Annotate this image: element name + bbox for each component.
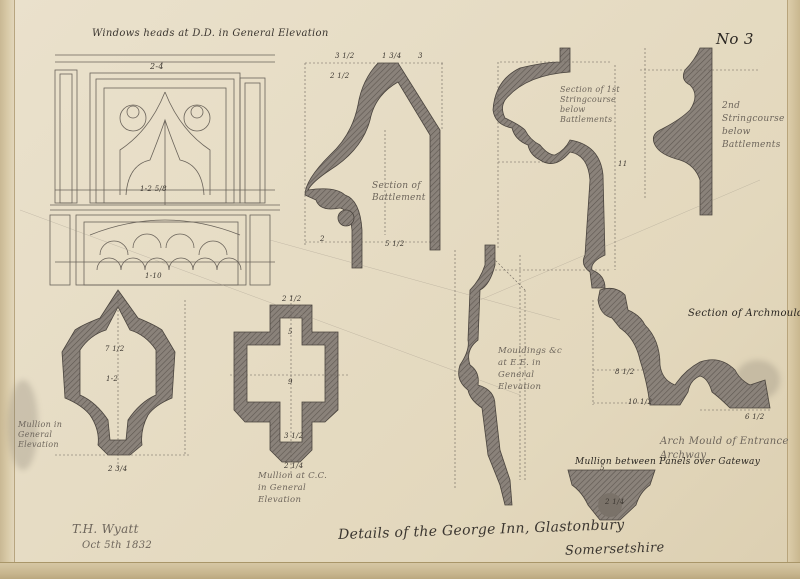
architectural-drawings bbox=[0, 0, 800, 579]
dim-mullion-left-base: 2 3/4 bbox=[108, 465, 127, 473]
dim-window-opening: 1-2 5/8 bbox=[140, 185, 167, 193]
dim-mullion-panel-width: 5 bbox=[600, 464, 605, 472]
dim-mullion-cc-inner: 9 bbox=[288, 378, 293, 386]
dim-mullion-left-inner: 1-2 bbox=[106, 375, 118, 383]
archmould-section bbox=[593, 288, 770, 410]
dim-mullion-left-mid: 7 1/2 bbox=[105, 345, 124, 353]
signature-date: Oct 5th 1832 bbox=[82, 540, 152, 551]
dim-mullion-cc-bottom: 2 1/4 bbox=[284, 462, 303, 470]
caption-string-course-1: Section of 1st Stringcourse below Battle… bbox=[560, 85, 640, 125]
dim-archmould-base: 10 1/2 bbox=[628, 398, 652, 406]
dim-battlement-top: 1 3/4 bbox=[382, 52, 401, 60]
dim-window-width: 2-4 bbox=[150, 62, 164, 71]
dim-mullion-panel-base: 2 1/4 bbox=[605, 498, 624, 506]
dim-sc1-height: 11 bbox=[618, 160, 628, 168]
dim-window-bottom: 1-10 bbox=[145, 272, 162, 280]
signature-name: T.H. Wyatt bbox=[72, 522, 139, 536]
sheet-number: No 3 bbox=[716, 30, 754, 48]
caption-archmould-section: Section of Archmould bbox=[688, 308, 800, 319]
dim-battlement-left: 3 1/2 bbox=[335, 52, 354, 60]
dim-battlement-bottom-left: 2 bbox=[320, 235, 325, 243]
window-heads-elevation bbox=[50, 55, 280, 285]
caption-string-course-2: 2nd Stringcourse below Battlements bbox=[722, 100, 797, 152]
caption-battlement: Section of Battlement bbox=[372, 180, 432, 204]
mullion-panel-section bbox=[568, 470, 655, 520]
mullion-left-section bbox=[55, 290, 190, 470]
string-course-1-section bbox=[493, 48, 615, 288]
dim-archmould-mid: 8 1/2 bbox=[615, 368, 634, 376]
battlement-section bbox=[305, 63, 445, 268]
dim-mullion-cc-base: 3 1/2 bbox=[284, 432, 303, 440]
dim-battlement-right: 3 bbox=[418, 52, 423, 60]
caption-windows: Windows heads at D.D. in General Elevati… bbox=[92, 28, 329, 39]
dim-archmould-right: 6 1/2 bbox=[745, 413, 764, 421]
caption-mouldings: Mouldings &c at E.E. in General Elevatio… bbox=[498, 345, 573, 393]
dim-mullion-cc-top: 2 1/2 bbox=[282, 295, 301, 303]
caption-mullion-left: Mullion in General Elevation bbox=[18, 420, 68, 450]
dim-battlement-inner: 2 1/2 bbox=[330, 72, 349, 80]
caption-mullion-cc: Mullion at C.C. in General Elevation bbox=[258, 470, 338, 506]
dim-battlement-base: 5 1/2 bbox=[385, 240, 404, 248]
dim-mullion-cc-side: 5 bbox=[288, 328, 293, 336]
